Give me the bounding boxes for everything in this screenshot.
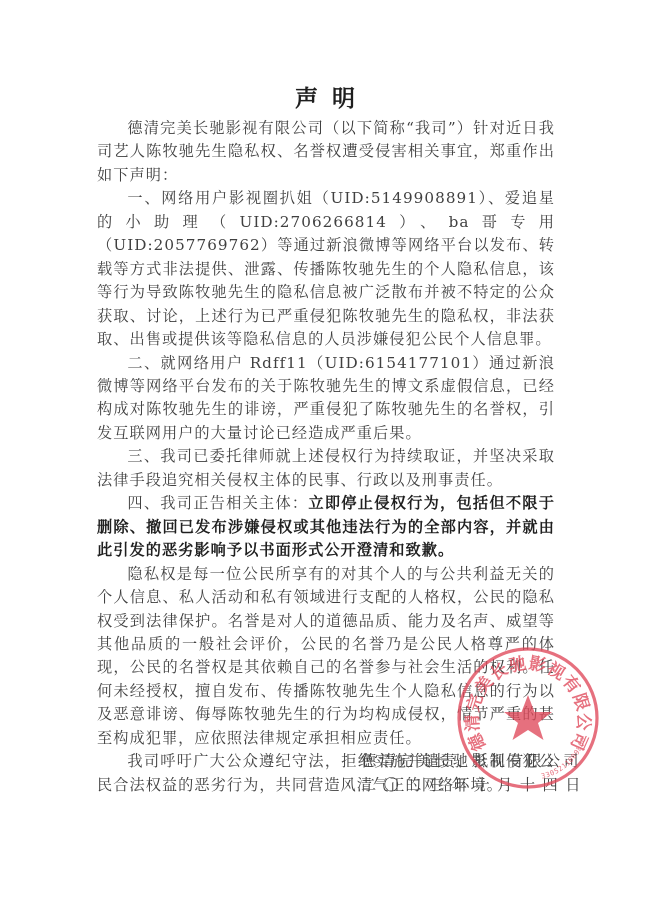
paragraph-intro: 德清完美长驰影视有限公司（以下简称“我司”）针对近日我司艺人陈牧驰先生隐私权、名…	[97, 117, 555, 187]
paragraph-item-3: 三、我司已委托律师就上述侵权行为持续取证，并坚决采取法律手段追究相关侵权主体的民…	[97, 445, 555, 492]
document-title: 声明	[0, 84, 650, 114]
paragraph-item-4: 四、我司正告相关主体：立即停止侵权行为，包括但不限于删除、撤回已发布涉嫌侵权或其…	[97, 492, 555, 562]
paragraph-rights: 隐私权是每一位公民所享有的对其个人的与公共利益无关的个人信息、私人活动和私有领域…	[97, 563, 555, 751]
item-4-lead: 四、我司正告相关主体：	[127, 494, 308, 512]
statement-body: 德清完美长驰影视有限公司（以下简称“我司”）针对近日我司艺人陈牧驰先生隐私权、名…	[97, 117, 555, 797]
paragraph-item-1: 一、网络用户影视圈扒姐（UID:5149908891）、爱追星的小助理（UID:…	[97, 187, 555, 351]
signature-block: 德清完美长驰影视有限公司 二〇二三年十月十四日	[361, 750, 561, 797]
signature-company: 德清完美长驰影视有限公司	[361, 750, 561, 774]
signature-date: 二〇二三年十月十四日	[361, 774, 561, 798]
statement-page: 声明 德清完美长驰影视有限公司（以下简称“我司”）针对近日我司艺人陈牧驰先生隐私…	[0, 0, 650, 919]
paragraph-item-2: 二、就网络用户 Rdff11（UID:6154177101）通过新浪微博等网络平…	[97, 352, 555, 446]
